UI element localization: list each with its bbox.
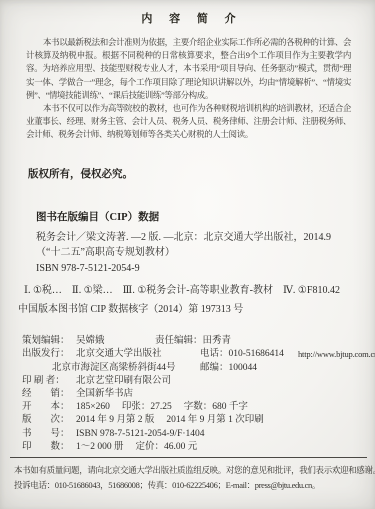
cip-classification-line: Ⅰ. ①税… Ⅱ. ①梁… Ⅲ. ①税务会计-高等职业教育-教材 Ⅳ. ①F81…	[24, 284, 375, 298]
field-phone: 电话：010-51686414	[200, 348, 284, 361]
field-label: 策划编辑：	[22, 335, 72, 348]
field-price: 定价：46.00 元	[136, 442, 198, 452]
field-label: 书 号：	[22, 428, 72, 441]
publication-info-section: 策划编辑：吴嫦娥责任编辑：田秀青 出版发行：北京交通大学出版社电话：010-51…	[0, 335, 375, 454]
quality-notice-line: 本书如有质量问题，请向北京交通大学出版社质监组反映。对您的意见和批评，我们表示欢…	[14, 463, 365, 478]
field-extra: 责任编辑：田秀青	[155, 335, 231, 348]
row-distributor: 经 销：全国新华书店	[22, 388, 375, 401]
row-edition: 版 次：2014 年 9 月第 2 版2014 年 9 月第 1 次印刷	[22, 414, 375, 427]
cip-record-number: 中国版本图书馆 CIP 数据核字（2014）第 197313 号	[18, 303, 375, 317]
row-book-number: 书 号：ISBN 978-7-5121-2054-9/F·1404	[22, 428, 375, 441]
cip-section: 图书在版编目（CIP）数据 税务会计／梁文涛著. —2 版. —北京：北京交通大…	[0, 210, 375, 318]
content-summary-section: 内 容 简 介 本书以最新税法和会计准则为依据，主要介绍企业实际工作所必需的各税…	[0, 0, 375, 142]
field-label: 印 刷 者：	[22, 375, 72, 388]
content-summary-paragraph-2: 本书不仅可以作为高等院校的教材，也可作为各种财税培训机构的培训教材，还适合企业董…	[26, 102, 351, 142]
field-value: 北京交通大学出版社	[76, 349, 162, 359]
cip-series-line: （“十二五”高职高专规划教材）	[36, 245, 375, 261]
complaint-contact-line: 投诉电话：010-51686043，51686008；传真：010-622254…	[14, 478, 365, 493]
content-summary-title: 内 容 简 介	[26, 12, 351, 27]
field-label: 经 销：	[22, 388, 72, 401]
field-printing: 2014 年 9 月第 1 次印刷	[166, 415, 263, 425]
cip-isbn-line: ISBN 978-7-5121-2054-9	[36, 261, 375, 277]
field-value: 北京艺堂印刷有限公司	[76, 376, 171, 386]
field-value: 北京市海淀区高梁桥斜街44号	[52, 363, 176, 373]
cip-heading: 图书在版编目（CIP）数据	[36, 210, 375, 225]
quality-notice-section: 本书如有质量问题，请向北京交通大学出版社质监组反映。对您的意见和批评，我们表示欢…	[14, 463, 365, 493]
field-value: ISBN 978-7-5121-2054-9/F·1404	[76, 429, 205, 439]
field-label: 版 次：	[22, 414, 72, 427]
field-value: 1～2 000 册	[76, 442, 124, 452]
row-editors: 策划编辑：吴嫦娥责任编辑：田秀青	[22, 335, 375, 348]
book-copyright-page: 内 容 简 介 本书以最新税法和会计准则为依据，主要介绍企业实际工作所必需的各税…	[0, 0, 375, 509]
copyright-warning: 版权所有，侵权必究。	[28, 168, 375, 182]
row-printer: 印 刷 者：北京艺堂印刷有限公司	[22, 375, 375, 388]
divider-rule	[10, 457, 367, 458]
field-postcode: 邮编：100044	[200, 362, 257, 375]
field-value: 全国新华书店	[76, 389, 133, 399]
field-label: 开 本：	[22, 401, 72, 414]
publisher-url: http://www.bjtup.com.cn	[298, 348, 375, 361]
content-summary-paragraph-1: 本书以最新税法和会计准则为依据，主要介绍企业实际工作所必需的各税种的计算、会计核…	[26, 36, 351, 102]
field-label: 印 数：	[22, 441, 72, 454]
cip-title-line: 税务会计／梁文涛著. —2 版. —北京：北京交通大学出版社，2014.9	[36, 230, 375, 246]
row-print-run: 印 数：1～2 000 册定价：46.00 元	[22, 441, 375, 454]
row-format: 开 本：185×260印张：27.25字数：680 千字	[22, 401, 375, 414]
field-wordcount: 字数：680 千字	[184, 402, 248, 412]
field-sheets: 印张：27.25	[122, 402, 172, 412]
row-publisher: 出版发行：北京交通大学出版社电话：010-51686414http://www.…	[22, 348, 375, 361]
field-value: 185×260	[76, 402, 110, 412]
field-value: 吴嫦娥	[76, 336, 105, 346]
row-address: 北京市海淀区高梁桥斜街44号邮编：100044	[22, 362, 375, 375]
field-value: 2014 年 9 月第 2 版	[76, 415, 154, 425]
field-label: 出版发行：	[22, 348, 72, 361]
